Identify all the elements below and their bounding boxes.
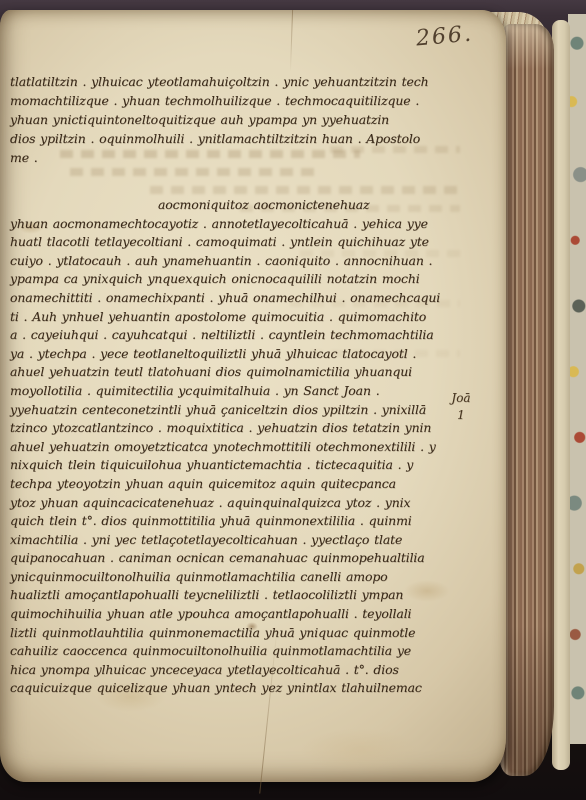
manuscript-line: tzinco ytozcatlantzinco . moquixtitica .… bbox=[10, 419, 464, 438]
manuscript-line: a . cayeiuhqui . cayuhcatqui . neltilizt… bbox=[10, 326, 464, 345]
page-edge-sliver bbox=[552, 20, 570, 770]
manuscript-line: ximachtilia . yni yec tetlaçotetlayecolt… bbox=[10, 531, 464, 550]
manuscript-line: cahuiliz caoccenca quinmocuiltonolhuilia… bbox=[10, 642, 464, 661]
manuscript-line: moyollotilia . quimitectilia ycquimitalh… bbox=[10, 382, 464, 401]
manuscript-line: tlatlatiltzin . ylhuicac yteotlamahuiçol… bbox=[10, 72, 464, 91]
manuscript-line: cuiyo . ytlatocauh . auh ynamehuantin . … bbox=[10, 252, 464, 271]
manuscript-line: hualiztli amoçantlapohualli teycnelilizt… bbox=[10, 586, 464, 605]
manuscript-line: dios ypiltzin . oquinmolhuili . ynitlama… bbox=[10, 129, 464, 148]
manuscript-line: caquicuizque quicelizque yhuan yntech ye… bbox=[10, 679, 464, 698]
manuscript-line: liztli quinmotlauhtilia quinmonemactilia… bbox=[10, 624, 464, 643]
manuscript-line: yyehuatzin centeconetzintli yhuā çanicel… bbox=[10, 401, 464, 420]
manuscript-line: nixquich tlein tiquicuilohua yhuantictem… bbox=[10, 456, 464, 475]
manuscript-line: quipanocahuan . caniman ocnican cemanahu… bbox=[10, 549, 464, 568]
manuscript-line: ya . ytechpa . yece teotlaneltoquiliztli… bbox=[10, 345, 464, 364]
manuscript-line: ahuel yehuatzin omoyetzticatca ynotechmo… bbox=[10, 438, 464, 457]
paper-stain bbox=[300, 728, 420, 772]
manuscript-text-block: tlatlatiltzin . ylhuicac yteotlamahuiçol… bbox=[10, 72, 464, 698]
manuscript-line: ahuel yehuatzin teutl tlatohuani dios qu… bbox=[10, 363, 464, 382]
manuscript-line: yhuan ynictiquintoneltoquitizque auh ypa… bbox=[10, 110, 464, 129]
manuscript-line: me . bbox=[10, 148, 464, 167]
photograph-of-open-book: 266. tlatlatiltzin . ylhuicac yteotlamah… bbox=[0, 0, 586, 800]
manuscript-line: quimochihuilia yhuan atle ypouhca amoçan… bbox=[10, 605, 464, 624]
manuscript-line: ypampa ca ynixquich ynquexquich onicnoca… bbox=[10, 270, 464, 289]
manuscript-line: quich tlein t°. dios quinmottitilia yhuā… bbox=[10, 512, 464, 531]
manuscript-line: momachtilizque . yhuan techmolhuilizque … bbox=[10, 91, 464, 110]
manuscript-line: onamechittiti . onamechixpanti . yhuā on… bbox=[10, 289, 464, 308]
manuscript-line: techpa yteoyotzin yhuan aquin quicemitoz… bbox=[10, 475, 464, 494]
manuscript-line: aocmoniquitoz aocmonictenehuaz bbox=[10, 196, 464, 215]
book-fore-edge bbox=[500, 24, 554, 776]
manuscript-line: yhuan aocmonamechtocayotiz . annotetlaye… bbox=[10, 215, 464, 234]
marbled-endpaper bbox=[568, 14, 586, 744]
manuscript-line: ynicquinmocuiltonolhuilia quinmotlamacht… bbox=[10, 568, 464, 587]
paragraph-2: aocmoniquitoz aocmonictenehuaz yhuan aoc… bbox=[10, 196, 464, 698]
paragraph-1: tlatlatiltzin . ylhuicac yteotlamahuiçol… bbox=[10, 72, 464, 167]
manuscript-line: ti . Auh ynhuel yehuantin apostolome qui… bbox=[10, 308, 464, 327]
margin-reference-chapter: 1 bbox=[446, 407, 476, 424]
margin-reference-book: Joā bbox=[446, 390, 476, 407]
manuscript-line: ytoz yhuan aquincacicatenehuaz . aquinqu… bbox=[10, 494, 464, 513]
folio-number: 266. bbox=[415, 22, 474, 52]
manuscript-line: hica ynompa ylhuicac ynceceyaca ytetlaye… bbox=[10, 661, 464, 680]
manuscript-line: huatl tlacotli tetlayecoltiani . camoqui… bbox=[10, 233, 464, 252]
scripture-margin-reference: Joā 1 bbox=[446, 390, 476, 424]
